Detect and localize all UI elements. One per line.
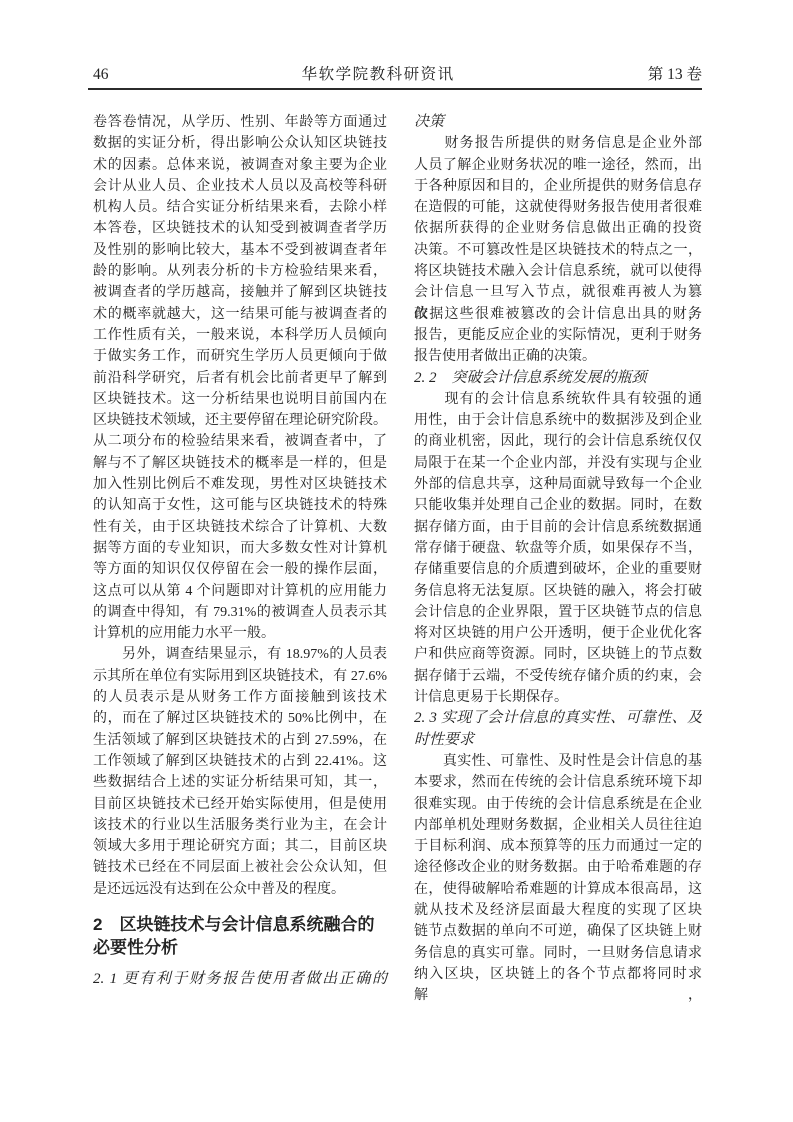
text-line: 决策。不可篡改性是区块链技术的特点之一，	[414, 240, 702, 261]
text-line: 计信息更易于长期保存。	[414, 687, 702, 708]
text-line: 纳入区块，区块链上的各个节点都将同时求解，	[414, 964, 702, 985]
text-line: 前沿科学研究，后者有机会比前者更早了解到	[93, 368, 387, 389]
text-line: 2. 2 突破会计信息系统发展的瓶颈	[414, 368, 702, 389]
text-line: 于各种原因和目的，企业所提供的财务信息存	[414, 176, 702, 197]
text-line: 生活领域了解到区块链技术的占到 27.59%，在	[93, 730, 387, 751]
text-line: 些数据结合上述的实证分析结果可知，其一，	[93, 772, 387, 793]
text-line: 领域大多用于理论研究方面；其二，目前区块	[93, 836, 387, 857]
text-line: 区块链技术领域，还主要停留在理论研究阶段。	[93, 410, 387, 431]
text-line: 将区块链技术融入会计信息系统，就可以使得	[414, 261, 702, 282]
text-line: 外部的信息共享，这种局面就导致每一个企业	[414, 474, 702, 495]
text-line: 时性要求	[414, 730, 702, 751]
text-line: 据等方面的专业知识，而大多数女性对计算机	[93, 538, 387, 559]
text-line: 这点可以从第 4 个问题即对计算机的应用能力	[93, 581, 387, 602]
text-line: 存储重要信息的介质遭到破坏，企业的重要财	[414, 559, 702, 580]
text-line: 必要性分析	[93, 936, 387, 960]
text-line: 会计信息一旦写入节点，就很难再被人为篡改，	[414, 282, 702, 303]
text-line: 是还远远没有达到在公众中普及的程度。	[93, 879, 387, 900]
text-line: 链技术已经在不同层面上被社会公众认知，但	[93, 857, 387, 878]
text-line: 决策	[414, 112, 702, 133]
text-line: 本要求，然而在传统的会计信息系统环境下却	[414, 772, 702, 793]
text-line: 等方面的知识仅仅停留在会一般的操作层面，	[93, 559, 387, 580]
text-line: 性有关，由于区块链技术综合了计算机、大数	[93, 517, 387, 538]
text-line: 的认知高于女性，这可能与区块链技术的特殊	[93, 495, 387, 516]
text-line: 就从技术及经济层面最大程度的实现了区块	[414, 900, 702, 921]
text-line: 的调查中得知，有 79.31%的被调查人员表示其	[93, 602, 387, 623]
text-line: 2. 3 实现了会计信息的真实性、可靠性、及	[414, 708, 702, 729]
text-line: 户和供应商等资源。同时，区块链上的节点数	[414, 644, 702, 665]
journal-title: 华软学院教科研资讯	[302, 64, 455, 86]
text-line: 现有的会计信息系统软件具有较强的通	[414, 389, 702, 410]
text-line: 会计从业人员、企业技术人员以及高校等科研	[93, 176, 387, 197]
text-line: 将对区块链的用户公开透明，便于企业优化客	[414, 623, 702, 644]
text-line: 被调查者的学历越高，接触并了解到区块链技	[93, 282, 387, 303]
text-line: 示其所在单位有实际用到区块链技术，有 27.6%	[93, 666, 387, 687]
text-line: 在造假的可能，这就使得财务报告使用者很难	[414, 197, 702, 218]
text-line: 的商业机密，因此，现行的会计信息系统仅仅	[414, 431, 702, 452]
page-header: 46 华软学院教科研资讯 第 13 卷	[93, 64, 702, 86]
text-line: 2. 1 更有利于财务报告使用者做出正确的	[93, 969, 387, 990]
text-line: 真实性、可靠性、及时性是会计信息的基	[414, 751, 702, 772]
volume-label: 第 13 卷	[648, 64, 702, 86]
text-line: 于做实务工作，而研究生学历人员更倾向于做	[93, 346, 387, 367]
text-line: 术的因素。总体来说，被调查对象主要为企业	[93, 155, 387, 176]
text-line: 务信息的真实可靠。同时，一旦财务信息请求	[414, 943, 702, 964]
text-line: 的，而在了解过区块链技术的 50%比例中，在	[93, 708, 387, 729]
text-line: 该技术的行业以生活服务类行业为主，在会计	[93, 815, 387, 836]
text-line: 局限于在某一个企业内部，并没有实现与企业	[414, 453, 702, 474]
text-line: 区块链技术。这一分析结果也说明目前国内在	[93, 389, 387, 410]
page-number: 46	[93, 64, 109, 86]
text-line: 财务报告所提供的财务信息是企业外部	[414, 133, 702, 154]
text-line: 常存储于硬盘、软盘等介质，如果保存不当，	[414, 538, 702, 559]
two-column-body: 卷答卷情况，从学历、性别、年龄等方面通过数据的实证分析，得出影响公众认知区块链技…	[93, 112, 702, 990]
text-line: 2 区块链技术与会计信息系统融合的	[93, 913, 387, 937]
text-line: 链节点数据的单向不可逆，确保了区块链上财	[414, 921, 702, 942]
text-line: 卷答卷情况，从学历、性别、年龄等方面通过	[93, 112, 387, 133]
text-line: 据存储于云端，不受传统存储介质的约束，会	[414, 666, 702, 687]
text-line: 数据的实证分析，得出影响公众认知区块链技	[93, 133, 387, 154]
text-line: 依据这些很难被篡改的会计信息出具的财务	[414, 304, 702, 325]
text-line: 工作领域了解到区块链技术的占到 22.41%。这	[93, 751, 387, 772]
text-line: 在，使得破解哈希难题的计算成本很高昂，这	[414, 879, 702, 900]
text-line: 机构人员。结合实证分析结果来看，去除小样	[93, 197, 387, 218]
text-line: 的人员表示是从财务工作方面接触到该技术	[93, 687, 387, 708]
text-line: 会计信息的企业界限，置于区块链节点的信息	[414, 602, 702, 623]
text-line: 于目标利润、成本预算等的压力而通过一定的	[414, 836, 702, 857]
text-line: 途径修改企业的财务数据。由于哈希难题的存	[414, 857, 702, 878]
text-line: 只能收集并处理自己企业的数据。同时，在数	[414, 495, 702, 516]
text-line: 人员了解企业财务状况的唯一途径，然而，出	[414, 155, 702, 176]
text-line: 据存储方面，由于目前的会计信息系统数据通	[414, 517, 702, 538]
text-line: 从二项分布的检验结果来看，被调查者中，了	[93, 431, 387, 452]
text-line: 报告，更能反应企业的实际情况，更利于财务	[414, 325, 702, 346]
text-line: 解与不了解区块链技术的概率是一样的，但是	[93, 453, 387, 474]
text-line: 依据所获得的企业财务信息做出正确的投资	[414, 218, 702, 239]
text-line: 很难实现。由于传统的会计信息系统是在企业	[414, 794, 702, 815]
text-line: 另外，调查结果显示，有 18.97%的人员表	[93, 644, 387, 665]
text-line: 计算机的应用能力水平一般。	[93, 623, 387, 644]
header-rule	[88, 88, 702, 90]
text-line: 本答卷，区块链技术的认知受到被调查者学历	[93, 218, 387, 239]
text-line: 术的概率就越大，这一结果可能与被调查者的	[93, 304, 387, 325]
text-line: 报告使用者做出正确的决策。	[414, 346, 702, 367]
text-line: 龄的影响。从列表分析的卡方检验结果来看，	[93, 261, 387, 282]
text-line: 工作性质有关，一般来说，本科学历人员倾向	[93, 325, 387, 346]
text-line: 内部单机处理财务数据，企业相关人员往往迫	[414, 815, 702, 836]
text-line: 目前区块链技术已经开始实际使用，但是使用	[93, 794, 387, 815]
text-line: 务信息将无法复原。区块链的融入，将会打破	[414, 581, 702, 602]
text-line: 及性别的影响比较大，基本不受到被调查者年	[93, 240, 387, 261]
right-column: 决策 财务报告所提供的财务信息是企业外部人员了解企业财务状况的唯一途径，然而，出…	[414, 112, 702, 990]
text-line: 加入性别比例后不难发现，男性对区块链技术	[93, 474, 387, 495]
text-line: 用性，由于会计信息系统中的数据涉及到企业	[414, 410, 702, 431]
document-page: 46 华软学院教科研资讯 第 13 卷 卷答卷情况，从学历、性别、年龄等方面通过…	[0, 0, 793, 1122]
left-column: 卷答卷情况，从学历、性别、年龄等方面通过数据的实证分析，得出影响公众认知区块链技…	[93, 112, 387, 990]
